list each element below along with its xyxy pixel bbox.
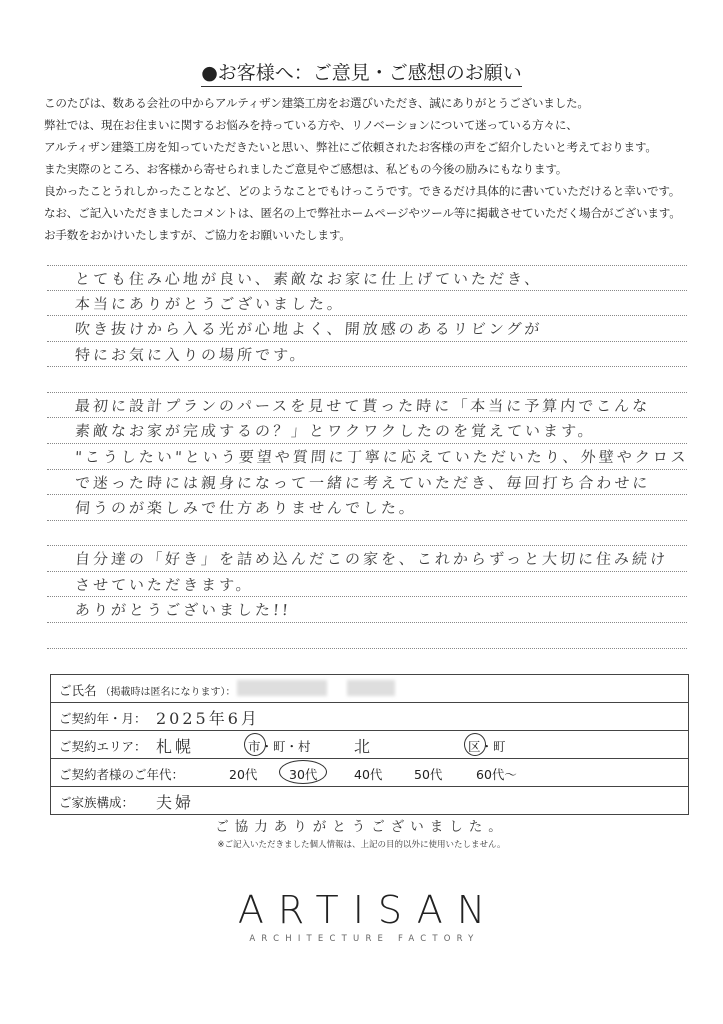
writing-line	[47, 265, 687, 266]
intro-line: アルティザン建築工房を知っていただきたいと思い、弊社にご依頼されたお客様の声をご…	[44, 136, 704, 158]
handwritten-line: 特にお気に入りの場所です。	[74, 344, 308, 365]
company-logo: ARTISAN ARCHITECTURE FACTORY	[0, 888, 723, 944]
contract-date-label: ご契約年・月：	[59, 709, 147, 727]
area-ward-value: 北	[354, 734, 373, 757]
writing-line	[47, 622, 687, 623]
redacted-name	[347, 680, 395, 696]
form-row-name: ご氏名 （掲載時は匿名になります）：	[51, 675, 688, 703]
age-label: ご契約者様のご年代：	[59, 765, 184, 783]
age-option: 20代	[229, 765, 257, 783]
thanks-message: ご協力ありがとうございました。	[0, 815, 723, 835]
intro-text: このたびは、数ある会社の中からアルティザン建築工房をお選びいただき、誠にありがと…	[44, 92, 704, 246]
form-row-family: ご家族構成： 夫婦	[51, 787, 688, 815]
contract-date-value: 2025年6月	[156, 706, 260, 729]
privacy-note: ※ご記入いただきました個人情報は、上記の目的以外に使用いたしません。	[0, 838, 723, 850]
form-row-area: ご契約エリア： 札幌 市・町・村 北 区・町	[51, 731, 688, 759]
family-value: 夫婦	[156, 790, 194, 813]
handwritten-line: 本当にありがとうございました。	[74, 293, 345, 314]
customer-info-form: ご氏名 （掲載時は匿名になります）： ご契約年・月： 2025年6月 ご契約エリ…	[50, 674, 689, 815]
handwritten-line: 伺うのが楽しみで仕方ありませんでした。	[74, 497, 417, 518]
handwritten-line: 素敵なお家が完成するの？」とワクワクしたのを覚えています。	[74, 420, 596, 441]
form-row-contract-date: ご契約年・月： 2025年6月	[51, 703, 688, 731]
writing-line	[47, 290, 687, 291]
handwritten-line: 自分達の「好き」を詰め込んだこの家を、これからずっと大切に住み続け	[74, 548, 669, 569]
logo-sub: ARCHITECTURE FACTORY	[0, 934, 723, 944]
writing-line	[47, 596, 687, 597]
form-row-age: ご契約者様のご年代： 20代 30代 40代 50代 60代～	[51, 759, 688, 787]
writing-line	[47, 392, 687, 393]
writing-line	[47, 366, 687, 367]
intro-line: このたびは、数ある会社の中からアルティザン建築工房をお選びいただき、誠にありがと…	[44, 92, 704, 114]
area-city-value: 札幌	[156, 734, 194, 757]
family-label: ご家族構成：	[59, 793, 134, 811]
handwritten-line: ありがとうございました!!	[74, 599, 292, 620]
page-title: ●お客様へ：ご意見・ご感想のお願い	[0, 58, 723, 85]
writing-line	[47, 417, 687, 418]
writing-line	[47, 648, 687, 649]
intro-line: なお、ご記入いただきましたコメントは、匿名の上で弊社ホームページやツール等に掲載…	[44, 202, 704, 224]
selected-circle	[244, 733, 266, 756]
handwritten-line: "こうしたい"という要望や質問に丁寧に応えていただいたり、外壁やクロス	[74, 446, 689, 467]
handwritten-line: で迷った時には親身になって一緒に考えていただき、毎回打ち合わせに	[74, 472, 651, 493]
area-label: ご契約エリア：	[59, 737, 147, 755]
intro-line: 良かったことうれしかったことなど、どのようなことでもけっこうです。できるだけ具体…	[44, 180, 704, 202]
name-label: ご氏名 （掲載時は匿名になります）：	[59, 681, 236, 699]
logo-main: ARTISAN	[0, 888, 723, 932]
handwritten-line: 最初に設計プランのパースを見せて貰った時に「本当に予算内でこんな	[74, 395, 651, 416]
writing-line	[47, 469, 687, 470]
age-option: 40代	[354, 765, 382, 783]
age-option: 50代	[414, 765, 442, 783]
writing-line	[47, 494, 687, 495]
writing-line	[47, 571, 687, 572]
writing-line	[47, 443, 687, 444]
intro-line: また実際のところ、お客様から寄せられましたご意見やご感想は、私どもの今後の励みに…	[44, 158, 704, 180]
handwritten-line: 吹き抜けから入る光が心地よく、開放感のあるリビングが	[74, 318, 543, 339]
writing-line	[47, 545, 687, 546]
age-option: 60代～	[476, 765, 517, 783]
handwritten-line: させていただきます。	[74, 574, 254, 595]
handwritten-line: とても住み心地が良い、素敵なお家に仕上げていただき、	[74, 268, 543, 289]
selected-circle	[464, 733, 486, 756]
writing-line	[47, 315, 687, 316]
intro-line: お手数をおかけいたしますが、ご協力をお願いいたします。	[44, 224, 704, 246]
redacted-name	[237, 680, 327, 696]
writing-line	[47, 520, 687, 521]
intro-line: 弊社では、現在お住まいに関するお悩みを持っている方や、リノベーションについて迷っ…	[44, 114, 704, 136]
writing-line	[47, 341, 687, 342]
selected-circle	[279, 760, 327, 784]
